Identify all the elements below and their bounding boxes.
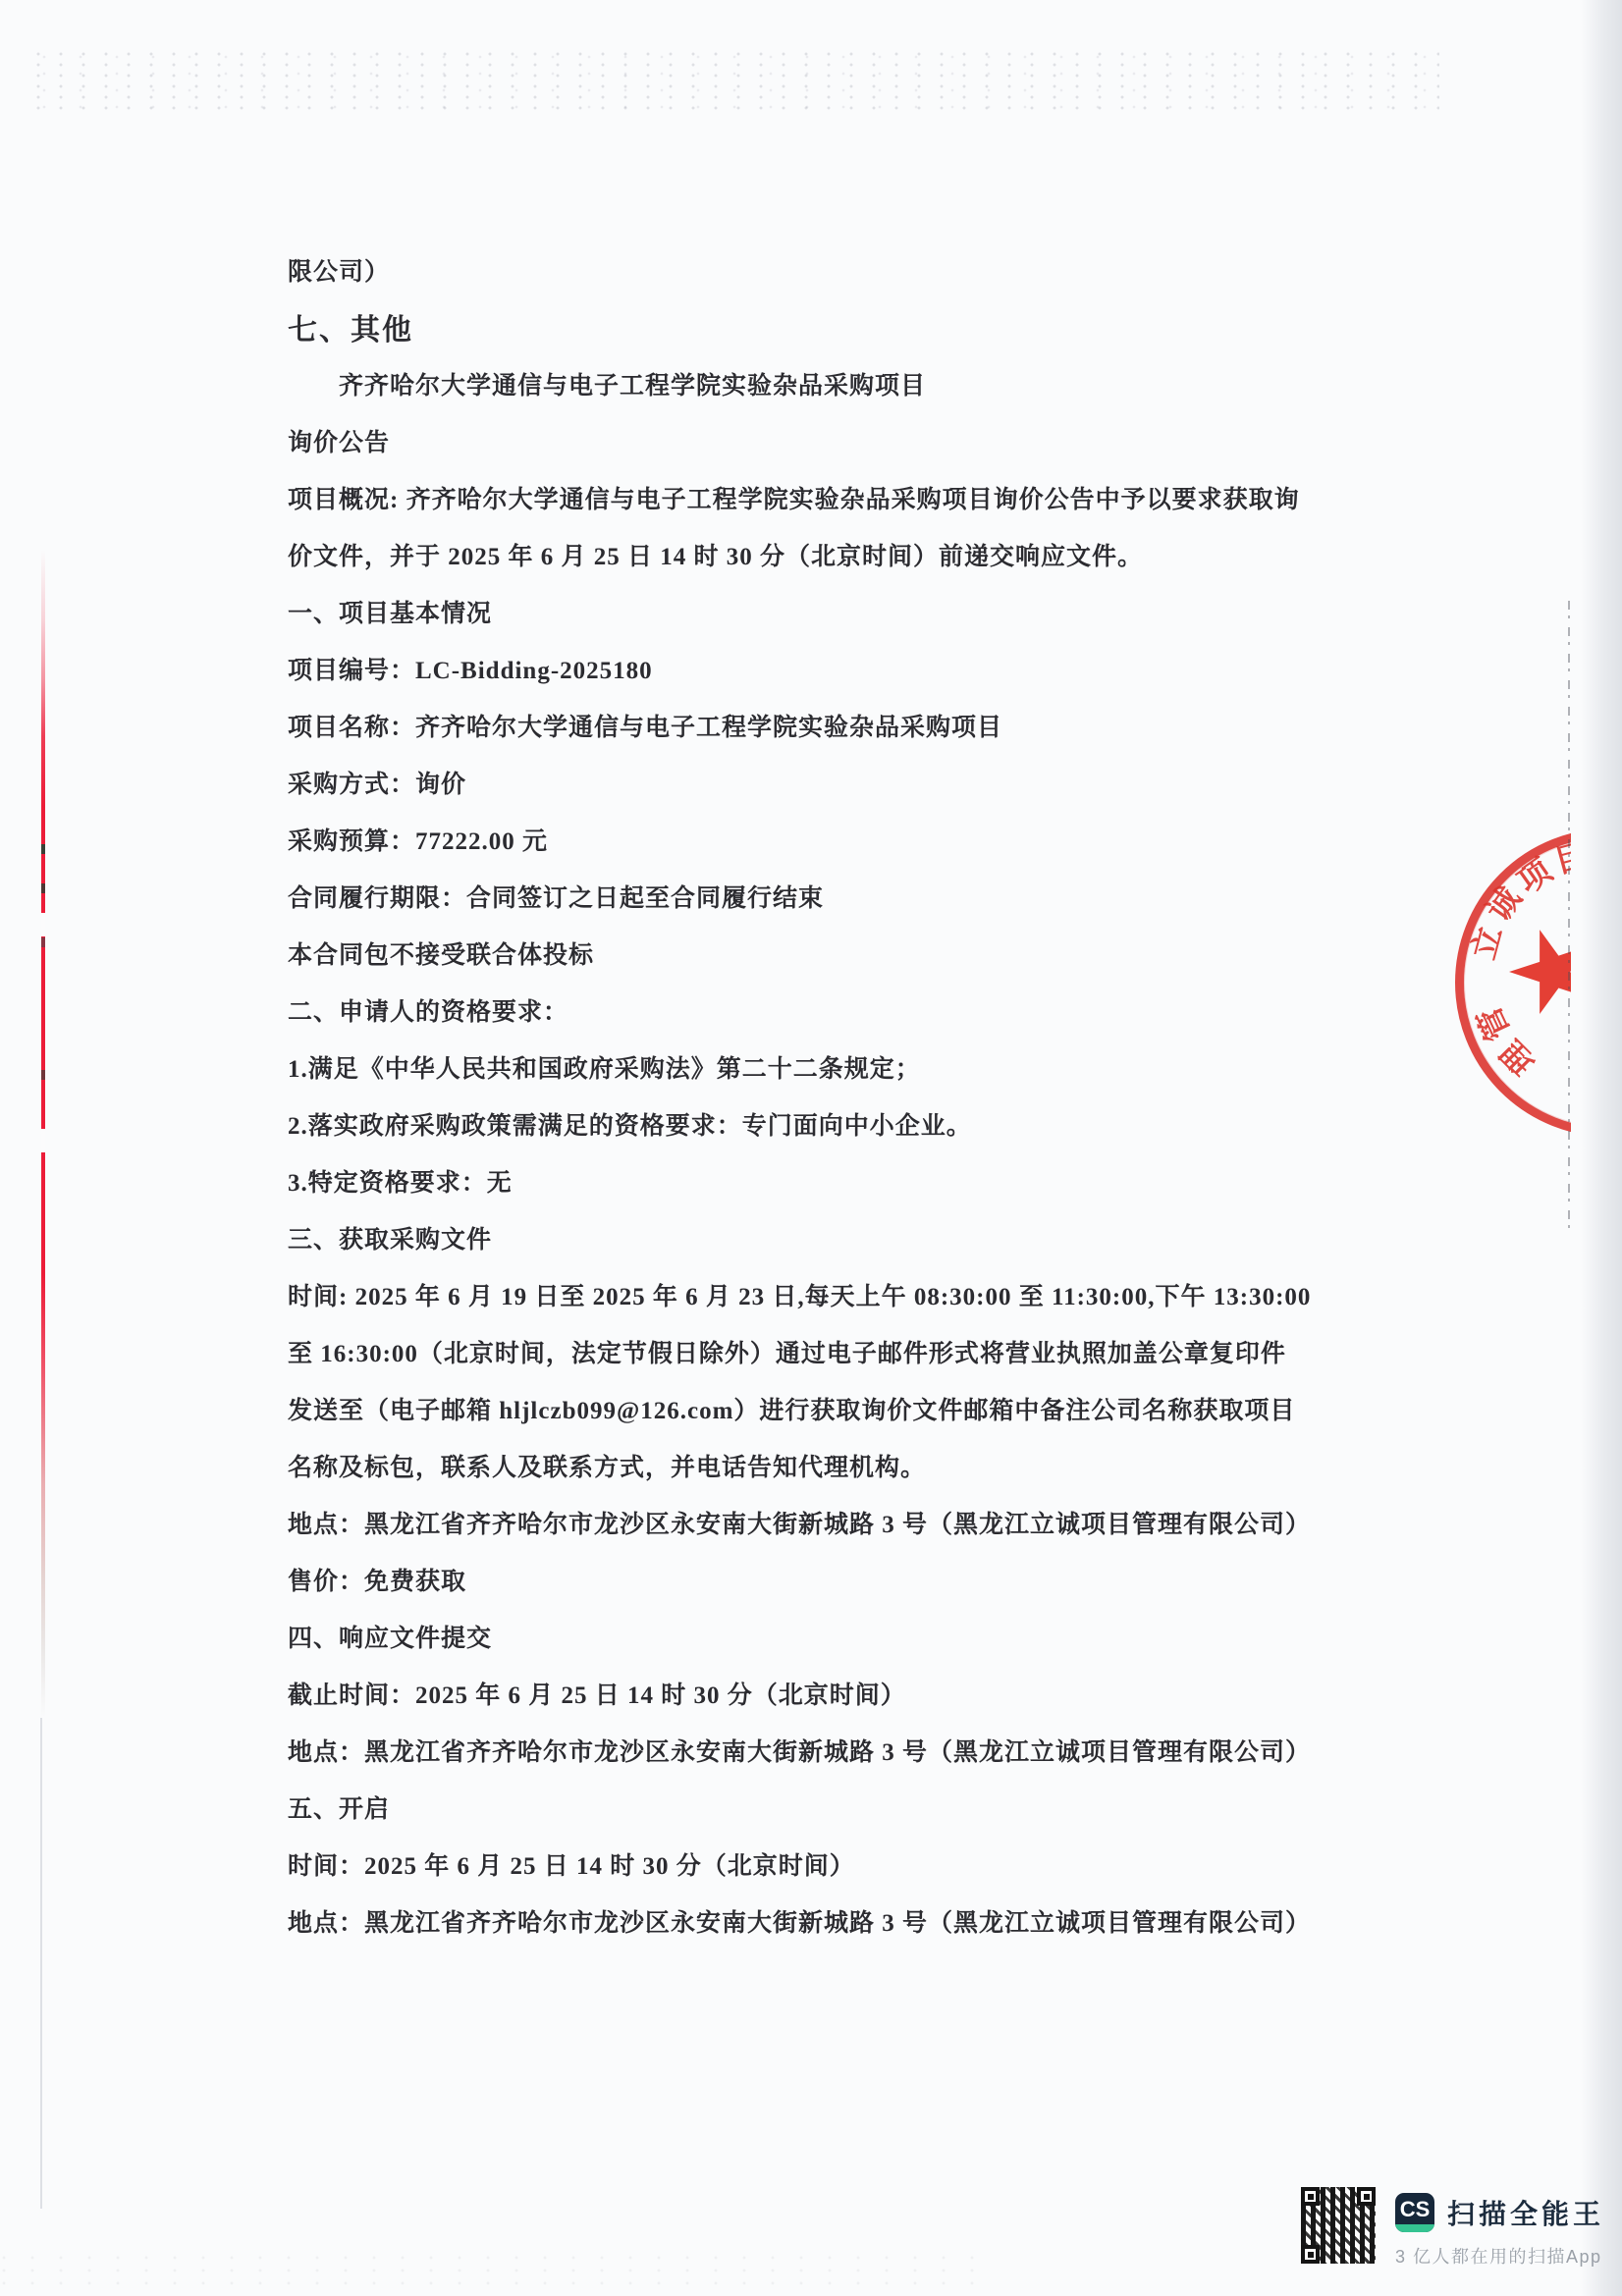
- doc-line: 3.特定资格要求：无: [288, 1152, 1387, 1209]
- doc-line: 五、开启: [288, 1779, 1387, 1836]
- doc-line: 地点：黑龙江省齐齐哈尔市龙沙区永安南大街新城路 3 号（黑龙江立诚项目管理有限公…: [288, 1494, 1387, 1551]
- qr-finder-icon: [1301, 2245, 1320, 2264]
- doc-line: 齐齐哈尔大学通信与电子工程学院实验杂品采购项目: [288, 355, 1387, 412]
- doc-line: 2.落实政府采购政策需满足的资格要求：专门面向中小企业。: [288, 1095, 1387, 1152]
- doc-line: 售价：免费获取: [288, 1551, 1387, 1608]
- doc-line: 本合同包不接受联合体投标: [288, 925, 1387, 982]
- company-seal: ★ 立 诚 项 目 管 理: [1414, 795, 1571, 1160]
- doc-line: 时间: 2025 年 6 月 19 日至 2025 年 6 月 23 日,每天上…: [288, 1266, 1387, 1323]
- doc-line: 项目编号：LC-Bidding-2025180: [288, 640, 1387, 697]
- doc-line: 地点：黑龙江省齐齐哈尔市龙沙区永安南大街新城路 3 号（黑龙江立诚项目管理有限公…: [288, 1893, 1387, 1949]
- doc-line: 至 16:30:00（北京时间，法定节假日除外）通过电子邮件形式将营业执照加盖公…: [288, 1323, 1387, 1380]
- scanner-footer: CS 扫描全能王 3 亿人都在用的扫描App: [1301, 2187, 1604, 2269]
- doc-line: 发送至（电子邮箱 hljlczb099@126.com）进行获取询价文件邮箱中备…: [288, 1380, 1387, 1437]
- doc-line: 合同履行期限：合同签订之日起至合同履行结束: [288, 868, 1387, 925]
- app-tagline: 3 亿人都在用的扫描App: [1395, 2243, 1604, 2269]
- doc-line: 询价公告: [288, 412, 1387, 469]
- doc-line: 1.满足《中华人民共和国政府采购法》第二十二条规定；: [288, 1039, 1387, 1095]
- doc-line: 项目名称：齐齐哈尔大学通信与电子工程学院实验杂品采购项目: [288, 697, 1387, 754]
- page-edge-shadow: [40, 1718, 42, 2209]
- doc-line: 价文件，并于 2025 年 6 月 25 日 14 时 30 分（北京时间）前递…: [288, 526, 1387, 583]
- doc-line: 名称及标包，联系人及联系方式，并电话告知代理机构。: [288, 1437, 1387, 1494]
- scan-right-shadow: [1581, 0, 1622, 2296]
- scan-noise-bottom: [0, 2254, 982, 2293]
- doc-line: 采购方式：询价: [288, 754, 1387, 811]
- camscanner-logo-text: CS: [1400, 2197, 1431, 2222]
- doc-line: 七、其他: [288, 298, 1387, 355]
- scan-noise-top: [35, 51, 1439, 114]
- doc-line: 三、获取采购文件: [288, 1209, 1387, 1266]
- doc-line: 项目概况: 齐齐哈尔大学通信与电子工程学院实验杂品采购项目询价公告中予以要求获取…: [288, 469, 1387, 526]
- doc-line: 时间：2025 年 6 月 25 日 14 时 30 分（北京时间）: [288, 1836, 1387, 1893]
- app-name: 扫描全能王: [1447, 2193, 1604, 2232]
- page-edge-dashed-line: [1568, 601, 1570, 1229]
- doc-line: 一、项目基本情况: [288, 583, 1387, 640]
- camscanner-logo-accent: [1395, 2224, 1434, 2232]
- qr-code: [1301, 2187, 1376, 2264]
- doc-line: 二、申请人的资格要求：: [288, 982, 1387, 1039]
- doc-line: 采购预算：77222.00 元: [288, 811, 1387, 868]
- doc-line: 四、响应文件提交: [288, 1608, 1387, 1665]
- qr-finder-icon: [1301, 2187, 1320, 2206]
- qr-finder-icon: [1357, 2187, 1376, 2206]
- binding-edge-red-line: [41, 550, 45, 1718]
- camscanner-logo-icon: CS: [1395, 2193, 1434, 2232]
- doc-line: 地点：黑龙江省齐齐哈尔市龙沙区永安南大街新城路 3 号（黑龙江立诚项目管理有限公…: [288, 1722, 1387, 1779]
- doc-line: 限公司）: [288, 241, 1387, 298]
- document-body: 限公司）七、其他齐齐哈尔大学通信与电子工程学院实验杂品采购项目询价公告项目概况:…: [288, 241, 1387, 1949]
- doc-line: 截止时间：2025 年 6 月 25 日 14 时 30 分（北京时间）: [288, 1665, 1387, 1722]
